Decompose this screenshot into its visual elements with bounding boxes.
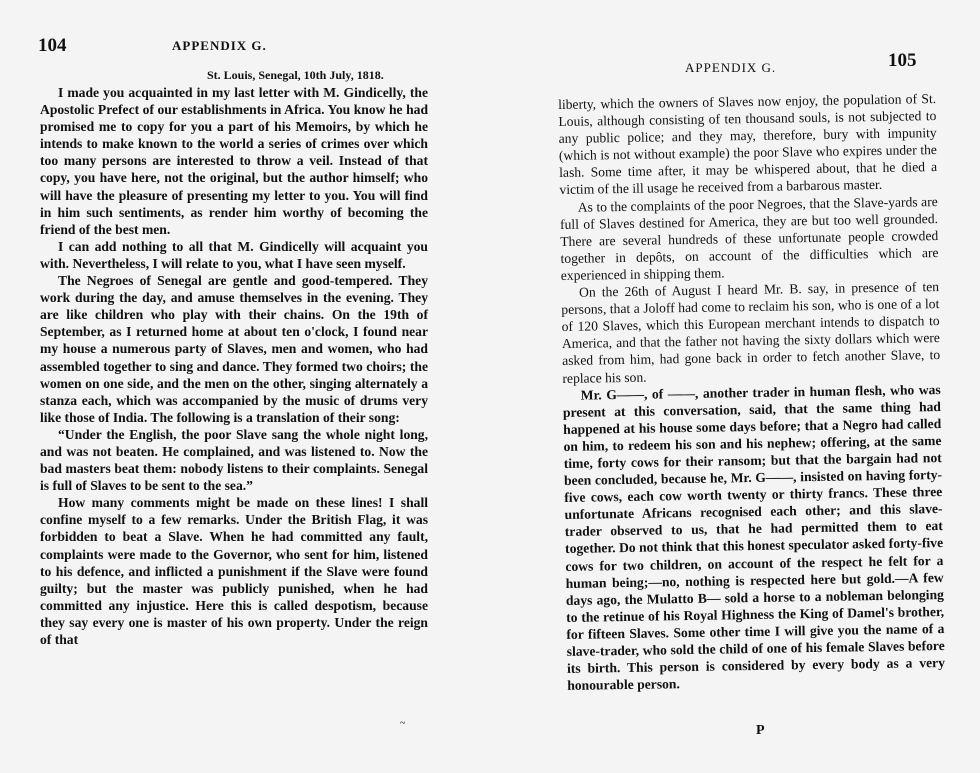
paragraph: How many comments might be made on these… [40,494,428,648]
body-text: liberty, which the owners of Slaves now … [558,90,945,694]
paragraph: I made you acquainted in my last letter … [40,84,428,238]
paragraph: I can add nothing to all that M. Gindice… [40,238,428,272]
letter-dateline: St. Louis, Senegal, 10th July, 1818. [207,68,384,83]
left-page: 104 APPENDIX G. St. Louis, Senegal, 10th… [0,0,470,773]
signature-mark: P [756,723,765,739]
paragraph: The Negroes of Senegal are gentle and go… [40,272,428,426]
running-head: APPENDIX G. [685,60,776,76]
page-number: 105 [888,50,917,72]
footer-mark: ~ [400,718,405,729]
paragraph: Mr. G——, of ——, another trader in human … [563,381,946,695]
paragraph-continued: liberty, which the owners of Slaves now … [558,90,938,198]
paragraph: On the 26th of August I heard Mr. B. say… [561,278,941,386]
right-page: 105 APPENDIX G. liberty, which the owner… [540,0,980,773]
body-text: I made you acquainted in my last letter … [40,84,428,648]
quoted-song: “Under the English, the poor Slave sang … [40,426,428,494]
running-head: APPENDIX G. [172,38,267,54]
paragraph: As to the complaints of the poor Negroes… [560,193,939,284]
page-number: 104 [38,35,67,57]
